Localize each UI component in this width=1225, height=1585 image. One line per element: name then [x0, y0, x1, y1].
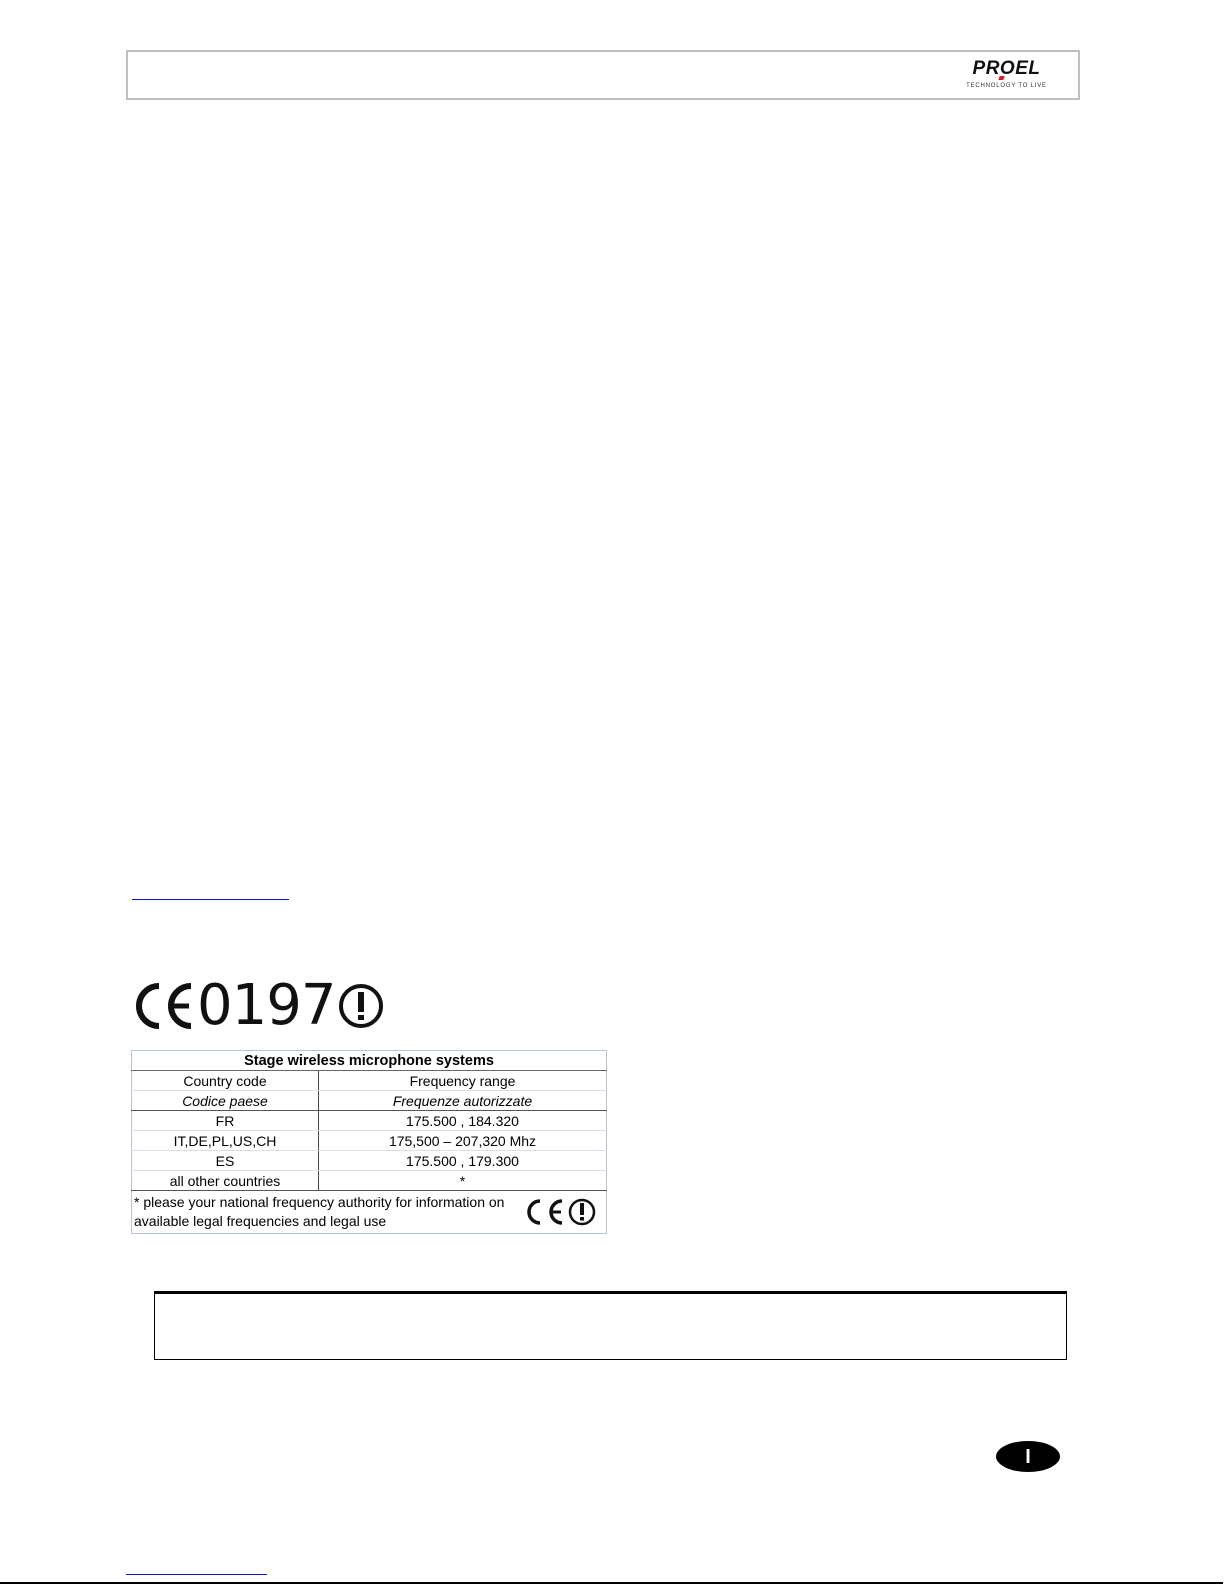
table-row: ES 175.500 , 179.300: [132, 1151, 607, 1171]
column-header-frequency-it: Frequenze autorizzate: [319, 1091, 607, 1111]
country-cell: IT,DE,PL,US,CH: [132, 1131, 319, 1151]
country-cell: ES: [132, 1151, 319, 1171]
alert-circle-icon: [338, 983, 384, 1029]
proel-logo: PROEL TECHNOLOGY TO LIVE: [959, 59, 1054, 93]
ce-e-icon: [163, 982, 195, 1030]
page-header: PROEL TECHNOLOGY TO LIVE: [126, 50, 1080, 100]
range-cell: 175.500 , 179.300: [319, 1151, 607, 1171]
country-cell: FR: [132, 1111, 319, 1131]
country-cell: all other countries: [132, 1171, 319, 1191]
range-cell: 175.500 , 184.320: [319, 1111, 607, 1131]
ce-c-icon: [524, 1199, 542, 1225]
language-code: I: [1025, 1447, 1031, 1467]
footnote-line-2: available legal frequencies and legal us…: [134, 1212, 504, 1231]
ce-c-icon: [131, 982, 163, 1030]
range-cell: 175,500 – 207,320 Mhz: [319, 1131, 607, 1151]
notified-body-number: 0197: [197, 980, 336, 1032]
ce-e-icon: [546, 1199, 564, 1225]
footer-hyperlink[interactable]: [126, 1573, 267, 1575]
footer-rule: [0, 1582, 1223, 1584]
table-footnote-row: * please your national frequency authori…: [132, 1191, 607, 1234]
logo-brand: PROEL: [959, 59, 1054, 79]
column-header-frequency: Frequency range: [319, 1071, 607, 1091]
table-row: FR 175.500 , 184.320: [132, 1111, 607, 1131]
logo-tagline: TECHNOLOGY TO LIVE: [959, 81, 1054, 91]
logo-accent: [998, 76, 1004, 80]
column-header-country-it: Codice paese: [132, 1091, 319, 1111]
table-row: all other countries *: [132, 1171, 607, 1191]
table-row: IT,DE,PL,US,CH 175,500 – 207,320 Mhz: [132, 1131, 607, 1151]
table-footnote: * please your national frequency authori…: [132, 1191, 607, 1234]
language-badge: I: [996, 1441, 1060, 1472]
ce-alert-mark: [524, 1198, 596, 1226]
column-header-country: Country code: [132, 1071, 319, 1091]
frequency-table: Stage wireless microphone systems Countr…: [131, 1050, 607, 1234]
ce-marking: 0197: [131, 980, 384, 1032]
alert-circle-icon: [568, 1198, 596, 1226]
hyperlink[interactable]: [132, 898, 289, 900]
table-header-row: Country code Frequency range: [132, 1071, 607, 1091]
table-header-row-it: Codice paese Frequenze autorizzate: [132, 1091, 607, 1111]
table-title: Stage wireless microphone systems: [132, 1051, 607, 1071]
notice-box: [154, 1291, 1067, 1360]
footnote-line-1: * please your national frequency authori…: [134, 1193, 504, 1212]
range-cell: *: [319, 1171, 607, 1191]
